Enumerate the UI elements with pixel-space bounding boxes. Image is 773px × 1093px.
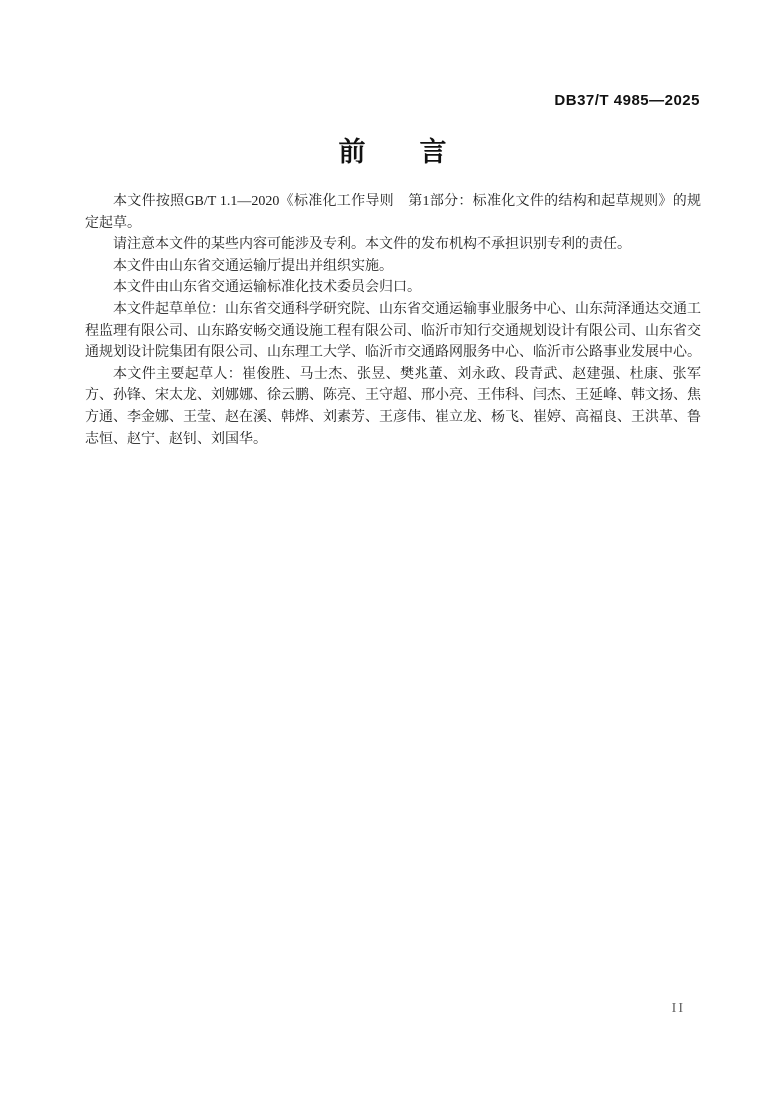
foreword-paragraph-main-drafters: 本文件主要起草人：崔俊胜、马士杰、张昱、樊兆董、刘永政、段青武、赵建强、杜康、张… (85, 364, 701, 450)
foreword-body: 本文件按照GB/T 1.1—2020《标准化工作导则 第1部分：标准化文件的结构… (85, 191, 701, 450)
standard-number-header: DB37/T 4985—2025 (85, 92, 700, 109)
foreword-paragraph-drafting-rules: 本文件按照GB/T 1.1—2020《标准化工作导则 第1部分：标准化文件的结构… (85, 191, 701, 234)
page-number: II (672, 1001, 685, 1017)
foreword-paragraph-proposed-by: 本文件由山东省交通运输厅提出并组织实施。 (85, 256, 701, 278)
document-page: DB37/T 4985—2025 前 言 本文件按照GB/T 1.1—2020《… (0, 0, 773, 1093)
foreword-paragraph-patent-notice: 请注意本文件的某些内容可能涉及专利。本文件的发布机构不承担识别专利的责任。 (85, 234, 701, 256)
foreword-paragraph-under-jurisdiction: 本文件由山东省交通运输标准化技术委员会归口。 (85, 277, 701, 299)
foreword-paragraph-drafting-organizations: 本文件起草单位：山东省交通科学研究院、山东省交通运输事业服务中心、山东菏泽通达交… (85, 299, 701, 364)
page-title: 前 言 (85, 130, 700, 169)
